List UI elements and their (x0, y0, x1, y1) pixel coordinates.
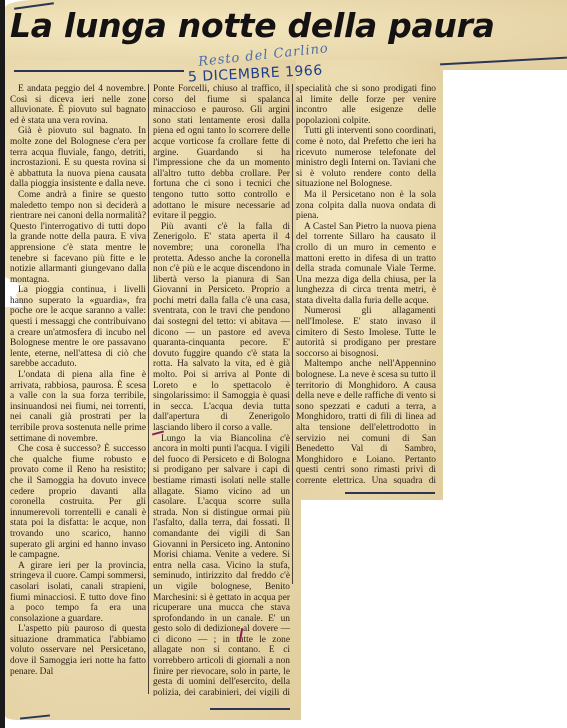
paragraph: Già è piovuto sul bagnato. In molte zone… (10, 126, 146, 190)
column-divider (148, 84, 149, 694)
paragraph: Che cosa è successo? È successo che qual… (10, 444, 146, 561)
paragraph: L'ondata di piena alla fine è arrivata, … (10, 370, 146, 444)
paragraph: È andata peggio del 4 novembre. Così si … (10, 84, 146, 126)
paragraph: Ma il Persicetano non è la sola zona col… (296, 190, 436, 222)
paragraph: L'aspetto più pauroso di questa situazio… (10, 624, 146, 677)
paragraph: Come andrà a finire se questo maledetto … (10, 190, 146, 285)
paragraph: Maltempo anche nell'Appennino bolognese.… (296, 359, 436, 484)
headline: La lunga notte della paura (10, 6, 566, 45)
article-column-3: specialità che si sono prodigati fino al… (296, 84, 436, 484)
paragraph: Tutti gli interventi sono coordinati, co… (296, 126, 436, 190)
paragraph: A girare ieri per la provincia, stringev… (10, 561, 146, 625)
paragraph: Ponte Forcelli, chiuso al traffico, il c… (153, 84, 290, 222)
paragraph: specialità che si sono prodigati fino al… (296, 84, 436, 126)
article-column-2: Ponte Forcelli, chiuso al traffico, il c… (153, 84, 290, 696)
paragraph: Più avanti c'è la falla di Zenerigolo. E… (153, 222, 290, 434)
end-rule (210, 708, 290, 710)
headline-underline-left (14, 70, 184, 72)
article-column-1: È andata peggio del 4 novembre. Così si … (10, 84, 146, 712)
paragraph: A Castel San Pietro la nuova piena del t… (296, 222, 436, 307)
paragraph: La pioggia continua, i livelli hanno sup… (10, 285, 146, 370)
column-divider (292, 84, 293, 584)
end-rule (345, 492, 435, 494)
paragraph: Numerosi gli allagamenti nell'Imolese. E… (296, 306, 436, 359)
paragraph: Lungo la via Biancolina c'è ancora in mo… (153, 434, 290, 696)
